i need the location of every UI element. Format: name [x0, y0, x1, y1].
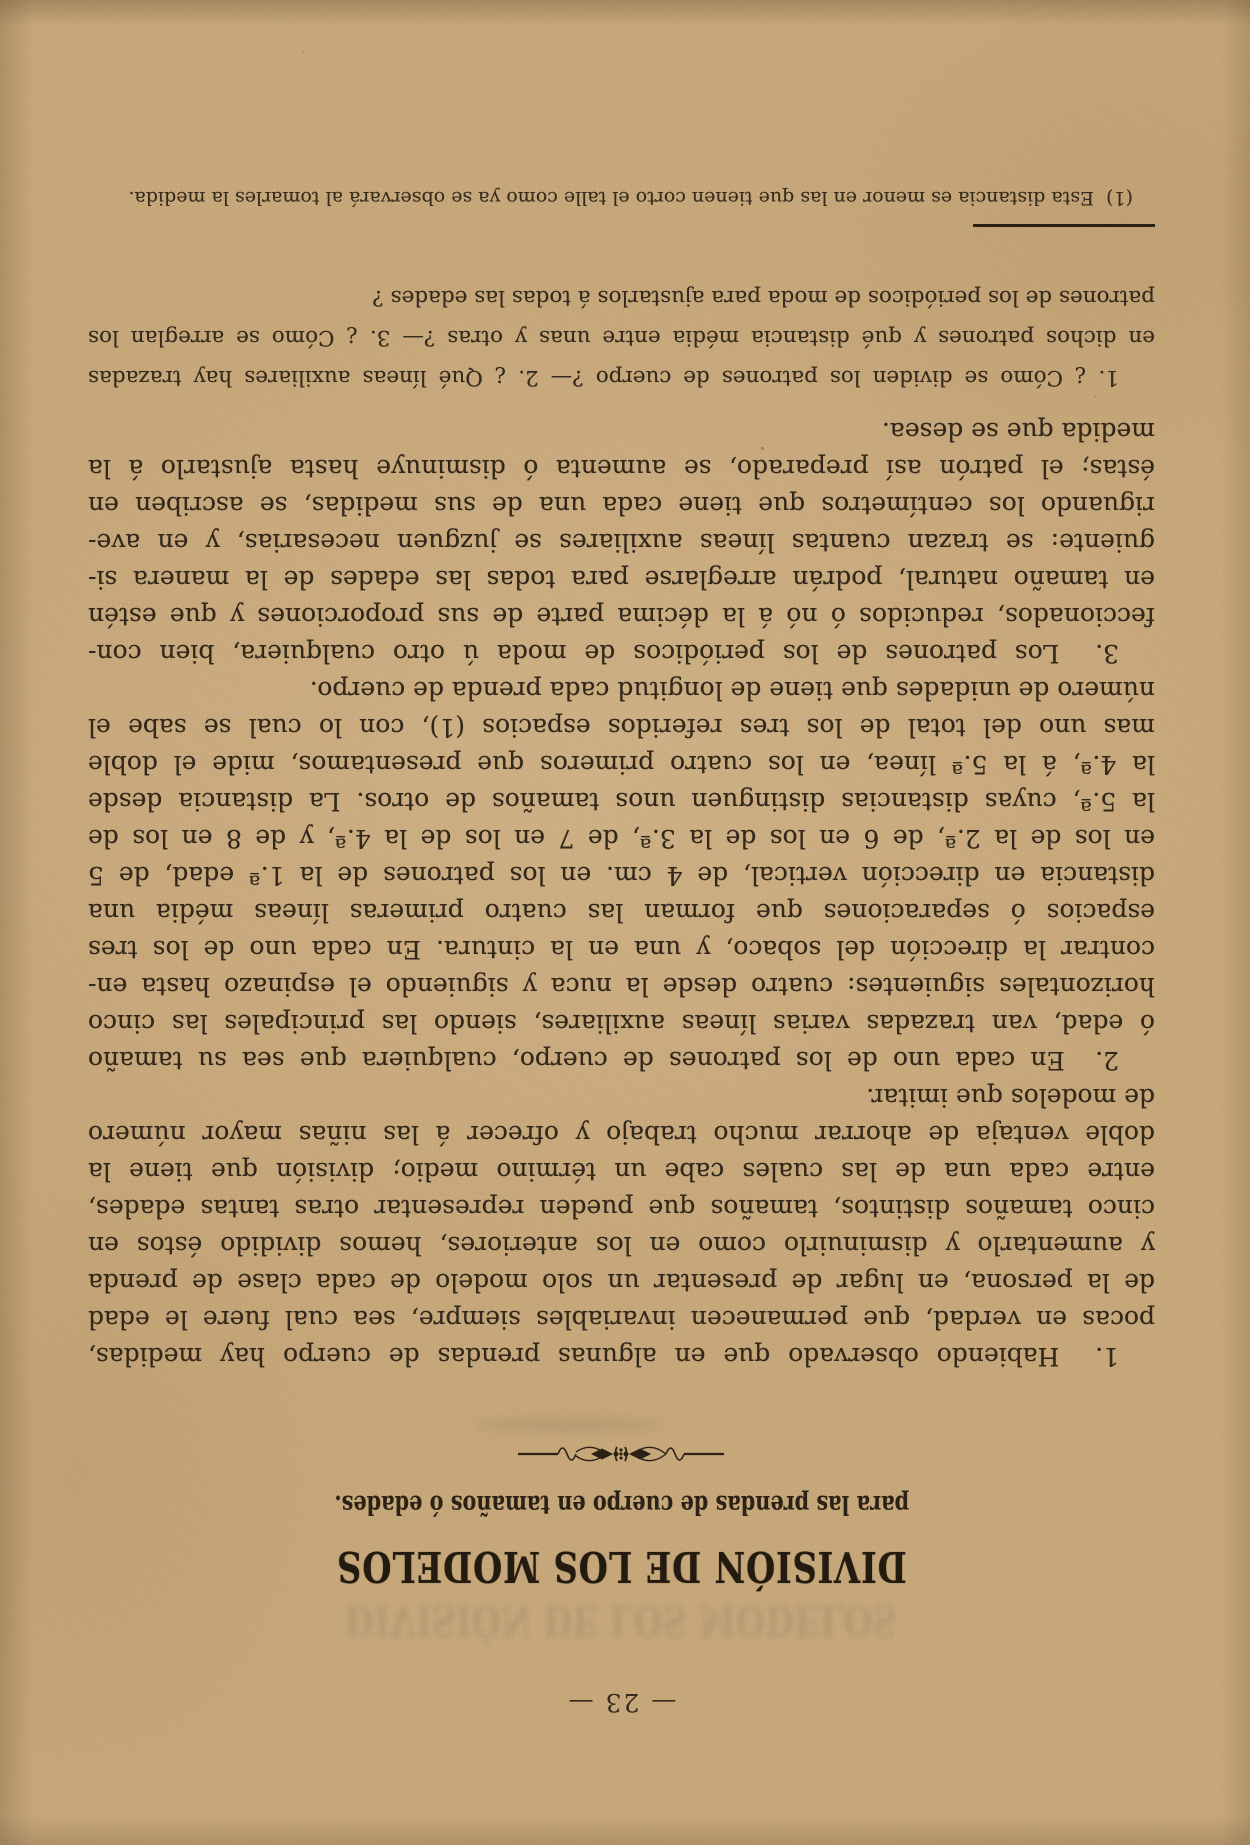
ink-smudge	[473, 1417, 663, 1433]
scan-page: { "page": { "number_label": "— 23 —" }, …	[0, 0, 1250, 1845]
body-line: 1. Habiendo observado que en algunas pre…	[88, 1338, 1155, 1375]
ornament-divider	[88, 1441, 1155, 1467]
ghost-title-bleedthrough: DIVISIÓN DE LOS MODELOS	[88, 1596, 1155, 1645]
ornament-divider-icon	[517, 1441, 727, 1467]
body-line: feccionados, reducidos ó nó á la décima …	[88, 598, 1155, 635]
question-line: 1. ¿ Cómo se dividen los patrones de cue…	[88, 357, 1155, 397]
body-line: cinco tamaños distintos, tamaños que pue…	[88, 1190, 1155, 1227]
body-line: y aumentarlo y disminuirlo como en los a…	[88, 1227, 1155, 1264]
section-title: DIVISIÓN DE LOS MODELOS	[88, 1542, 1155, 1591]
footnote-rule	[973, 224, 1155, 227]
body-line: 2. En cada uno de los patrones de cuerpo…	[88, 1042, 1155, 1079]
section-subtitle-text: para las prendas de cuerpo en tamaños ó …	[334, 1489, 909, 1519]
body-line: espacios ó separaciones que forman las c…	[88, 894, 1155, 931]
body-line: número de unidades que tiene de longitud…	[88, 672, 1155, 709]
body-line: de modelos que imitar.	[88, 1079, 1155, 1116]
body-line: en los de la 2.ª, de 6 en los de la 3.ª,…	[88, 820, 1155, 857]
body-line: distancia en dirección vertical, de 4 cm…	[88, 857, 1155, 894]
body-line: 3. Los patrones de los periódicos de mod…	[88, 635, 1155, 672]
paragraph-2: 2. En cada uno de los patrones de cuerpo…	[88, 672, 1155, 1079]
body-line: entre cada una de las cuales cabe un tér…	[88, 1153, 1155, 1190]
body-line: doble ventaja de ahorrar mucho trabajo y…	[88, 1116, 1155, 1153]
ghost-title-text: DIVISIÓN DE LOS MODELOS	[346, 1596, 898, 1645]
section-title-text: DIVISIÓN DE LOS MODELOS	[336, 1542, 906, 1591]
section-subtitle: para las prendas de cuerpo en tamaños ó …	[88, 1489, 1155, 1519]
body-line: guiente: se trazan cuantas líneas auxili…	[88, 524, 1155, 561]
body-line: medida que se desea.	[88, 413, 1155, 450]
question-line: patrones de los periódicos de moda para …	[88, 277, 1155, 317]
body-line: la 5.ª, cuyas distancias distinguen unos…	[88, 783, 1155, 820]
body-line: pocas en verdad, que permanecen invariab…	[88, 1301, 1155, 1338]
body-line: la 4.ª, á la 5.ª línea, en los cuatro pr…	[88, 746, 1155, 783]
body-line: en tamaño natural, podrán arreglarse par…	[88, 561, 1155, 598]
paragraph-1: 1. Habiendo observado que en algunas pre…	[88, 1079, 1155, 1375]
questions-block: 1. ¿ Cómo se dividen los patrones de cue…	[88, 277, 1155, 397]
paragraph-3: 3. Los patrones de los periódicos de mod…	[88, 413, 1155, 672]
body-line: ó edad, van trazadas varias líneas auxil…	[88, 1005, 1155, 1042]
body-text: 1. Habiendo observado que en algunas pre…	[88, 413, 1155, 1375]
footnote-text: (1) Esta distancia es menor en las que t…	[88, 185, 1155, 211]
page-number: — 23 —	[88, 1688, 1155, 1717]
page-content: — 23 — DIVISIÓN DE LOS MODELOS DIVISIÓN …	[0, 0, 1250, 1845]
question-line: en dichos patrones y qué distancia média…	[88, 317, 1155, 357]
body-line: contrar la dirección del sobaco, y una e…	[88, 931, 1155, 968]
body-line: mas uno del total de los tres referidos …	[88, 709, 1155, 746]
body-line: horizontales siguientes: cuatro desde la…	[88, 968, 1155, 1005]
body-line: de la persona, en lugar de presentar un …	[88, 1264, 1155, 1301]
body-line: riguando los centímetros que tiene cada …	[88, 487, 1155, 524]
body-line: éstas; el patrón así preparado, se aumen…	[88, 450, 1155, 487]
